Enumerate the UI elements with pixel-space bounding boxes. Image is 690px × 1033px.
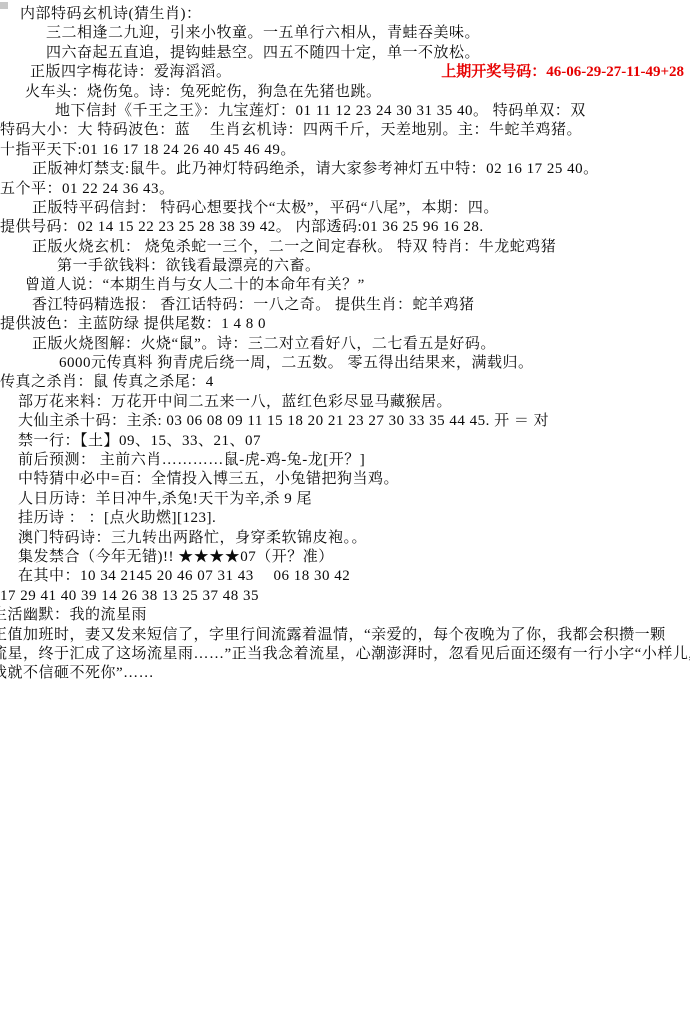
humor-text-line-1: 正值加班时，妻又发来短信了，字里行间流露着温情，“亲爱的，每个夜晚为了你，我都会… [0, 626, 690, 645]
zengdaoren-line-text: 曾道人说：“本期生肖与女人二十的本命年有关？” [25, 277, 365, 293]
humor-text-line-1-text: 正值加班时，妻又发来短信了，字里行间流露着温情，“亲爱的，每个夜晚为了你，我都会… [0, 627, 666, 643]
humor-text-line-2-text: 流星，终于汇成了这场流星雨……”正当我念着流星，心潮澎湃时，忽看见后面还缀有一行… [0, 646, 690, 662]
previous-draw-numbers: 上期开奖号码：46-06-29-27-11-49+28 [441, 63, 684, 82]
five-flat-line-text: 五个平：01 22 24 36 43。 [0, 181, 175, 197]
inner-secret-poem-title-text: 内部特码玄机诗(猜生肖)： [20, 6, 202, 22]
macau-poem-line: 澳门特码诗：三九转出两路忙，身穿柔软锦皮袍。。 [0, 529, 690, 548]
wall-calendar-line: 挂历诗 ： ：[点火助燃][123]. [0, 509, 690, 528]
humor-title-line-text: 生活幽默：我的流星雨 [0, 607, 147, 623]
poem-line-1: 三二相逢二九迎，引来小牧童。一五单行六相从，青蛙吞美味。 [0, 24, 690, 43]
poem-line-2-text: 四六奋起五直追，提钩蛙悬空。四五不随四十定，单一不放松。 [46, 45, 480, 61]
provided-numbers-line: 提供号码：02 14 15 22 23 25 28 38 39 42。 内部透码… [0, 218, 690, 237]
calendar-poem-line: 人日历诗：羊日冲牛,杀兔!天干为辛,杀 9 尾 [0, 490, 690, 509]
poem-line-2: 四六奋起五直追，提钩蛙悬空。四五不随四十定，单一不放松。 [0, 44, 690, 63]
hongkong-pick-line: 香江特码精选报： 香江话特码：一八之奇。 提供生肖：蛇羊鸡猪 [0, 296, 690, 315]
train-head-line: 火车头：烧伤兔。诗：兔死蛇伤，狗急在先猪也跳。 [0, 83, 690, 102]
plum-poem-line: 正版四字梅花诗：爱海滔滔。上期开奖号码：46-06-29-27-11-49+28 [0, 63, 690, 82]
immortal-kill-line-text: 大仙主杀十码：主杀: 03 06 08 09 11 15 18 20 21 23… [18, 413, 549, 429]
flat-code-envelope-line: 正版特平码信封： 特码心想要找个“太极”，平码“八尾”，本期：四。 [0, 199, 690, 218]
ten-fingers-line-text: 十指平天下:01 16 17 18 24 26 40 45 46 49。 [0, 142, 296, 158]
fire-mystery-line-text: 正版火烧玄机： 烧兔杀蛇一三个，二一之间定春秋。 特双 特肖：牛龙蛇鸡猪 [32, 239, 556, 255]
flat-code-envelope-line-text: 正版特平码信封： 特码心想要找个“太极”，平码“八尾”，本期：四。 [32, 200, 499, 216]
among-numbers-line-1: 在其中：10 34 2145 20 46 07 31 43 06 18 30 4… [0, 567, 690, 586]
sheet: 内部特码玄机诗(猜生肖)：三二相逢二九迎，引来小牧童。一五单行六相从，青蛙吞美味… [0, 5, 690, 684]
wave-color-line-text: 提供波色：主蓝防绿 提供尾数：1 4 8 0 [0, 316, 266, 332]
underground-envelope-line-text: 地下信封《千王之王》：九宝莲灯：01 11 12 23 24 30 31 35 … [55, 103, 586, 119]
among-numbers-line-2: 17 29 41 40 39 14 26 38 13 25 37 48 35 [0, 587, 690, 606]
fax-6000-line: 6000元传真料 狗青虎后绕一周，二五数。 零五得出结果来，满载归。 [0, 354, 690, 373]
humor-text-line-3: 我就不信砸不死你”…… [0, 664, 690, 683]
inner-secret-poem-title: 内部特码玄机诗(猜生肖)： [0, 5, 690, 24]
size-wave-line-text: 特码大小：大 特码波色：蓝 生肖玄机诗：四两千斤，天差地别。主：牛蛇羊鸡猪。 [0, 122, 582, 138]
wanhua-line-text: 部万花来料：万花开中间二五来一八，蓝红色彩尽显马藏猴居。 [18, 394, 452, 410]
wall-calendar-line-text: 挂历诗 ： ：[点火助燃][123]. [18, 510, 216, 526]
forecast-line: 前后预测： 主前六肖…………鼠-虎-鸡-兔-龙[开？] [0, 451, 690, 470]
among-numbers-line-1-text: 在其中：10 34 2145 20 46 07 31 43 06 18 30 4… [18, 568, 350, 584]
train-head-line-text: 火车头：烧伤兔。诗：兔死蛇伤，狗急在先猪也跳。 [25, 84, 382, 100]
plum-poem-line-text: 正版四字梅花诗：爱海滔滔。 [30, 64, 232, 80]
magic-lamp-line: 正版神灯禁支:鼠牛。此乃神灯特码绝杀，请大家参考神灯五中特：02 16 17 2… [0, 160, 690, 179]
poem-line-1-text: 三二相逢二九迎，引来小牧童。一五单行六相从，青蛙吞美味。 [46, 25, 480, 41]
fire-diagram-line-text: 正版火烧图解：火烧“鼠”。诗：三二对立看好八，二七看五是好码。 [32, 336, 496, 352]
fire-mystery-line: 正版火烧玄机： 烧兔杀蛇一三个，二一之间定春秋。 特双 特肖：牛龙蛇鸡猪 [0, 238, 690, 257]
fax-kill-line: 传真之杀肖：鼠 传真之杀尾：4 [0, 373, 690, 392]
money-wish-line-text: 第一手欲钱料：欲钱看最漂亮的六畜。 [57, 258, 321, 274]
humor-title-line: 生活幽默：我的流星雨 [0, 606, 690, 625]
calendar-poem-line-text: 人日历诗：羊日冲牛,杀兔!天干为辛,杀 9 尾 [18, 491, 312, 507]
wanhua-line: 部万花来料：万花开中间二五来一八，蓝红色彩尽显马藏猴居。 [0, 393, 690, 412]
humor-text-line-3-text: 我就不信砸不死你”…… [0, 665, 154, 681]
provided-numbers-line-text: 提供号码：02 14 15 22 23 25 28 38 39 42。 内部透码… [0, 219, 484, 235]
magic-lamp-line-text: 正版神灯禁支:鼠牛。此乃神灯特码绝杀，请大家参考神灯五中特：02 16 17 2… [32, 161, 599, 177]
forecast-line-text: 前后预测： 主前六肖…………鼠-虎-鸡-兔-龙[开？] [18, 452, 365, 468]
jifa-stars-line: 集发禁合（今年无错)!! ★★★★07（开？准） [0, 548, 690, 567]
money-wish-line: 第一手欲钱料：欲钱看最漂亮的六畜。 [0, 257, 690, 276]
forbid-row-line: 禁一行：【土】09、15、33、21、07 [0, 432, 690, 451]
among-numbers-line-2-text: 17 29 41 40 39 14 26 38 13 25 37 48 35 [0, 588, 259, 604]
fax-6000-line-text: 6000元传真料 狗青虎后绕一周，二五数。 零五得出结果来，满载归。 [59, 355, 534, 371]
hongkong-pick-line-text: 香江特码精选报： 香江话特码：一八之奇。 提供生肖：蛇羊鸡猪 [32, 297, 475, 313]
five-flat-line: 五个平：01 22 24 36 43。 [0, 180, 690, 199]
zengdaoren-line: 曾道人说：“本期生肖与女人二十的本命年有关？” [0, 276, 690, 295]
must-hit-line-text: 中特猜中必中=百：全情投入博三五，小兔错把狗当鸡。 [18, 471, 399, 487]
must-hit-line: 中特猜中必中=百：全情投入博三五，小兔错把狗当鸡。 [0, 470, 690, 489]
humor-text-line-2: 流星，终于汇成了这场流星雨……”正当我念着流星，心潮澎湃时，忽看见后面还缀有一行… [0, 645, 690, 664]
underground-envelope-line: 地下信封《千王之王》：九宝莲灯：01 11 12 23 24 30 31 35 … [0, 102, 690, 121]
jifa-stars-line-text: 集发禁合（今年无错)!! ★★★★07（开？准） [18, 549, 334, 565]
forbid-row-line-text: 禁一行：【土】09、15、33、21、07 [18, 433, 261, 449]
immortal-kill-line: 大仙主杀十码：主杀: 03 06 08 09 11 15 18 20 21 23… [0, 412, 690, 431]
size-wave-line: 特码大小：大 特码波色：蓝 生肖玄机诗：四两千斤，天差地别。主：牛蛇羊鸡猪。 [0, 121, 690, 140]
macau-poem-line-text: 澳门特码诗：三九转出两路忙，身穿柔软锦皮袍。。 [18, 530, 367, 546]
wave-color-line: 提供波色：主蓝防绿 提供尾数：1 4 8 0 [0, 315, 690, 334]
ten-fingers-line: 十指平天下:01 16 17 18 24 26 40 45 46 49。 [0, 141, 690, 160]
fire-diagram-line: 正版火烧图解：火烧“鼠”。诗：三二对立看好八，二七看五是好码。 [0, 335, 690, 354]
fax-kill-line-text: 传真之杀肖：鼠 传真之杀尾：4 [0, 374, 214, 390]
